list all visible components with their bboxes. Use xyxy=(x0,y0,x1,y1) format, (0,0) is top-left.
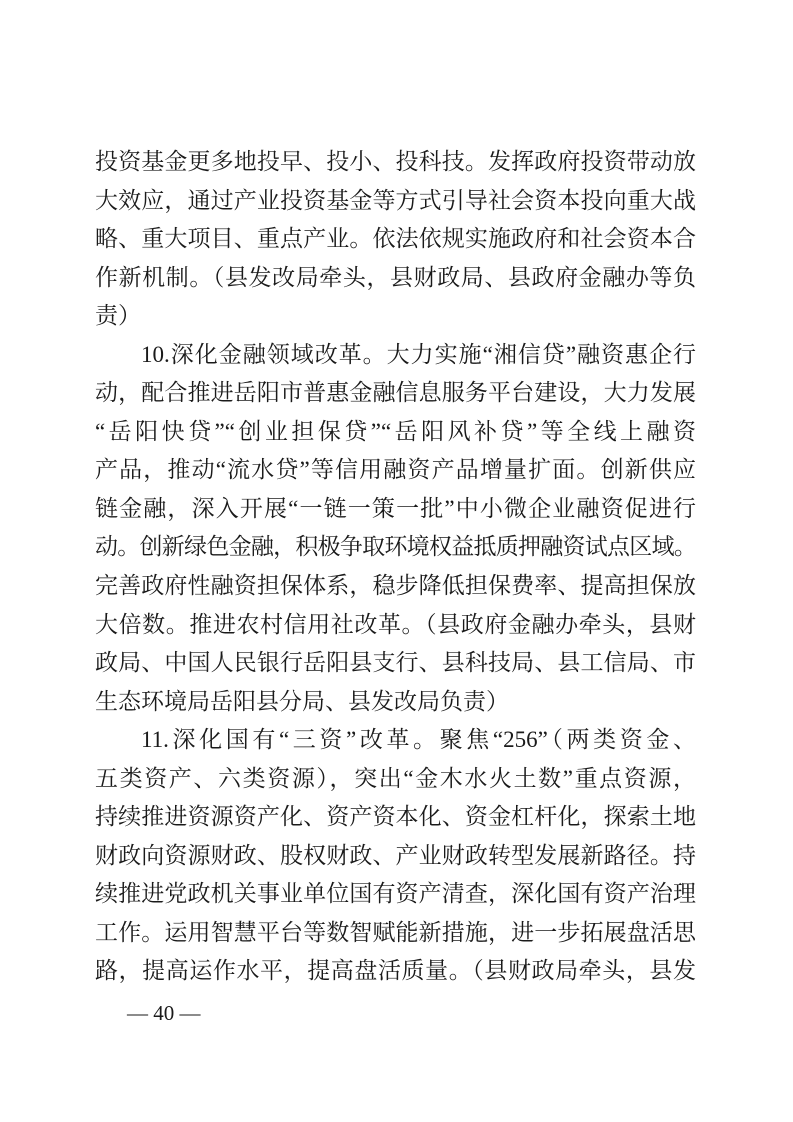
text-line: 产品，推动“流水贷”等信用融资产品增量扩面。创新供应 xyxy=(95,451,696,490)
paragraph: 10.深化金融领域改革。大力实施“湘信贷”融资惠企行 动，配合推进岳阳市普惠金融… xyxy=(95,336,696,721)
text-line: 政局、中国人民银行岳阳县支行、县科技局、县工信局、市 xyxy=(95,644,696,683)
text-line: 生态环境局岳阳县分局、县发改局负责） xyxy=(95,683,696,722)
text-line: 10.深化金融领域改革。大力实施“湘信贷”融资惠企行 xyxy=(95,336,696,375)
text-line: 略、重大项目、重点产业。依法依规实施政府和社会资本合 xyxy=(95,220,696,259)
text-line: 财政向资源财政、股权财政、产业财政转型发展新路径。持 xyxy=(95,837,696,876)
text-line: 工作。运用智慧平台等数智赋能新措施，进一步拓展盘活思 xyxy=(95,914,696,953)
text-line: 大倍数。推进农村信用社改革。（县政府金融办牵头，县财 xyxy=(95,606,696,645)
paragraph: 投资基金更多地投早、投小、投科技。发挥政府投资带动放 大效应，通过产业投资基金等… xyxy=(95,143,696,336)
text-line: 完善政府性融资担保体系，稳步降低担保费率、提高担保放 xyxy=(95,567,696,606)
text-line: 持续推进资源资产化、资产资本化、资金杠杆化，探索土地 xyxy=(95,798,696,837)
body-text: 投资基金更多地投早、投小、投科技。发挥政府投资带动放 大效应，通过产业投资基金等… xyxy=(95,143,696,991)
text-line: 续推进党政机关事业单位国有资产清查，深化国有资产治理 xyxy=(95,875,696,914)
text-line: 投资基金更多地投早、投小、投科技。发挥政府投资带动放 xyxy=(95,143,696,182)
text-line: 动。创新绿色金融，积极争取环境权益抵质押融资试点区域。 xyxy=(95,528,696,567)
document-page: 投资基金更多地投早、投小、投科技。发挥政府投资带动放 大效应，通过产业投资基金等… xyxy=(0,0,793,1122)
paragraph: 11.深化国有“三资”改革。聚焦“256”（两类资金、 五类资产、六类资源），突… xyxy=(95,721,696,991)
text-line: 11.深化国有“三资”改革。聚焦“256”（两类资金、 xyxy=(95,721,696,760)
text-line: “岳阳快贷”“创业担保贷”“岳阳风补贷”等全线上融资 xyxy=(95,413,696,452)
text-line: 路，提高运作水平，提高盘活质量。（县财政局牵头，县发 xyxy=(95,952,696,991)
text-line: 动，配合推进岳阳市普惠金融信息服务平台建设，大力发展 xyxy=(95,374,696,413)
text-line: 链金融，深入开展“一链一策一批”中小微企业融资促进行 xyxy=(95,490,696,529)
text-line: 作新机制。（县发改局牵头，县财政局、县政府金融办等负 xyxy=(95,259,696,298)
text-line: 大效应，通过产业投资基金等方式引导社会资本投向重大战 xyxy=(95,182,696,221)
page-number: — 40 — xyxy=(127,1000,201,1026)
text-line: 责） xyxy=(95,297,696,336)
text-line: 五类资产、六类资源），突出“金木水火土数”重点资源， xyxy=(95,760,696,799)
